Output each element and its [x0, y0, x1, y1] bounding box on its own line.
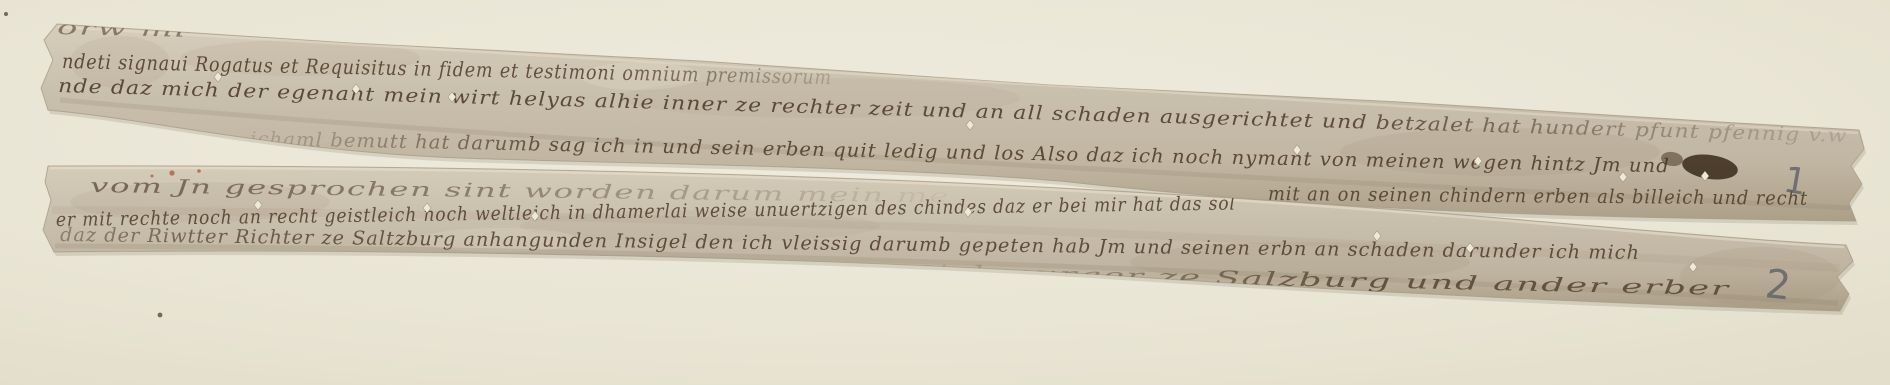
manuscript-photo: vom Jn gesprochen sint worden darum mein…	[0, 0, 1890, 385]
red-stain	[169, 170, 174, 175]
background-speck	[158, 313, 163, 318]
manuscript-photo-canvas: vom Jn gesprochen sint worden darum mein…	[0, 0, 1890, 385]
red-stain	[151, 175, 154, 178]
background-speck	[4, 12, 8, 16]
red-stain	[197, 169, 201, 173]
archival-number-2: 2	[1763, 261, 1793, 309]
